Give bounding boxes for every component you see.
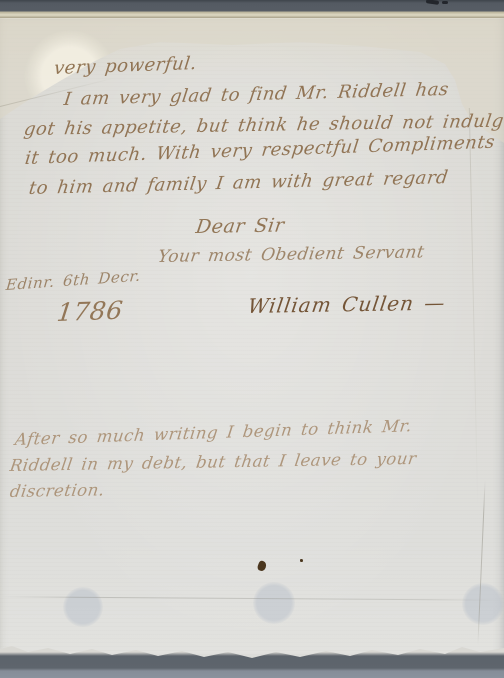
ink-speck <box>300 559 303 562</box>
letter-line: I am very glad to find Mr. Riddell has <box>63 79 451 110</box>
adhesive-dot <box>63 587 103 627</box>
valediction: Your most Obedient Servant <box>157 242 426 267</box>
letter-line: to him and family I am with great regard <box>28 167 450 199</box>
postscript-line: discretion. <box>9 480 106 501</box>
manuscript-scan: very powerful. I am very glad to find Mr… <box>0 0 504 678</box>
binding-mark <box>442 1 448 4</box>
salutation: Dear Sir <box>194 214 285 238</box>
postscript-line: After so much writing I begin to think M… <box>14 416 413 449</box>
adhesive-dot <box>253 582 295 624</box>
dateline-year: 1786 <box>55 296 125 327</box>
dateline: Edinr. 6th Decr. <box>5 267 141 294</box>
letter-page: very powerful. I am very glad to find Mr… <box>0 18 504 658</box>
postscript-line: Riddell in my debt, but that I leave to … <box>9 449 418 475</box>
adhesive-dot <box>462 583 504 625</box>
signature: William Cullen — <box>246 291 447 318</box>
ink-speck <box>257 560 268 572</box>
paper-crease <box>469 108 478 508</box>
binding-mark <box>426 0 439 5</box>
letter-line: very powerful. <box>53 53 198 79</box>
